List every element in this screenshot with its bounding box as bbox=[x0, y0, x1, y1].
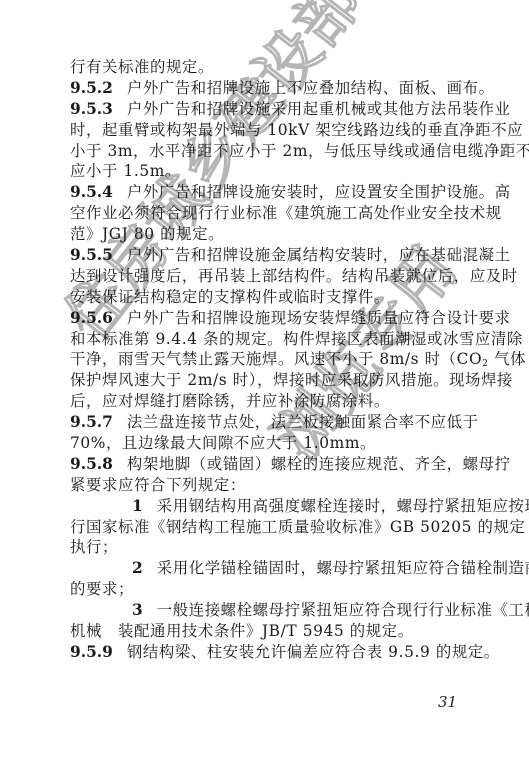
text-line: 时，起重臂或构架最外端与 10kV 架空线路边线的垂直净距不应 bbox=[70, 120, 462, 141]
clause-number: 9.5.9 bbox=[70, 643, 113, 661]
text-line: 达到设计强度后，再吊装上部结构件。结构吊装就位后，应及时 bbox=[70, 266, 462, 287]
clause-number: 9.5.5 bbox=[70, 246, 113, 264]
item-number: 3 bbox=[132, 601, 143, 619]
text-line: 范》JGJ 80 的规定。 bbox=[70, 224, 462, 245]
clause-9-5-3: 9.5.3户外广告和招牌设施采用起重机械或其他方法吊装作业 bbox=[70, 99, 462, 120]
clause-9-5-2: 9.5.2户外广告和招牌设施上不应叠加结构、面板、画布。 bbox=[70, 78, 462, 99]
clause-number: 9.5.6 bbox=[70, 309, 113, 327]
body-text: 行有关标准的规定。 9.5.2户外广告和招牌设施上不应叠加结构、面板、画布。 9… bbox=[70, 57, 462, 663]
clause-9-5-8: 9.5.8构架地脚（或锚固）螺栓的连接应规范、齐全，螺母拧 bbox=[70, 454, 462, 475]
text-line: 的要求； bbox=[70, 579, 462, 600]
list-item-2: 2采用化学锚栓锚固时，螺母拧紧扭矩应符合锚栓制造商 bbox=[70, 558, 462, 579]
clause-number: 9.5.3 bbox=[70, 100, 113, 118]
text-line: 机械 装配通用技术条件》JB/T 5945 的规定。 bbox=[70, 621, 462, 642]
clause-number: 9.5.7 bbox=[70, 413, 113, 431]
text-line: 安装保证结构稳定的支撑构件或临时支撑件。 bbox=[70, 287, 462, 308]
text-line: 应小于 1.5m。 bbox=[70, 161, 462, 182]
clause-number: 9.5.8 bbox=[70, 455, 113, 473]
text-line: 后，应对焊缝打磨除锈，并应补涂防腐涂料。 bbox=[70, 391, 462, 412]
item-number: 2 bbox=[132, 559, 143, 577]
list-item-3: 3一般连接螺栓螺母拧紧扭矩应符合现行行业标准《工程 bbox=[70, 600, 462, 621]
text-line: 执行； bbox=[70, 537, 462, 558]
text-line: 空作业必须符合现行行业标准《建筑施工高处作业安全技术规 bbox=[70, 203, 462, 224]
text-line: 紧要求应符合下列规定： bbox=[70, 475, 462, 496]
document-page: 住房城乡建设部信息公开 浏览专用 行有关标准的规定。 9.5.2户外广告和招牌设… bbox=[0, 0, 529, 767]
text-line: 干净，雨雪天气禁止露天施焊。风速不小于 8m/s 时（CO2 气体 bbox=[70, 349, 462, 370]
list-item-1: 1采用钢结构用高强度螺栓连接时，螺母拧紧扭矩应按现 bbox=[70, 496, 462, 517]
clause-9-5-4: 9.5.4户外广告和招牌设施安装时，应设置安全围护设施。高 bbox=[70, 182, 462, 203]
text-line: 行国家标准《钢结构工程施工质量验收标准》GB 50205 的规定 bbox=[70, 517, 462, 538]
item-number: 1 bbox=[132, 497, 143, 515]
text-line: 小于 3m，水平净距不应小于 2m，与低压导线或通信电缆净距不 bbox=[70, 141, 462, 162]
clause-9-5-7: 9.5.7法兰盘连接节点处，法兰板接触面紧合率不应低于 bbox=[70, 412, 462, 433]
text-line: 和本标准第 9.4.4 条的规定。构件焊接区表面潮湿或冰雪应清除 bbox=[70, 329, 462, 350]
clause-number: 9.5.2 bbox=[70, 79, 113, 97]
text-line: 行有关标准的规定。 bbox=[70, 57, 462, 78]
page-number: 31 bbox=[438, 693, 457, 711]
text-line: 保护焊风速大于 2m/s 时），焊接时应采取防风措施。现场焊接 bbox=[70, 370, 462, 391]
clause-9-5-9: 9.5.9钢结构梁、柱安装允许偏差应符合表 9.5.9 的规定。 bbox=[70, 642, 462, 663]
clause-9-5-5: 9.5.5户外广告和招牌设施金属结构安装时，应在基础混凝土 bbox=[70, 245, 462, 266]
text-line: 70%，且边缘最大间隙不应大于 1.0mm。 bbox=[70, 433, 462, 454]
clause-number: 9.5.4 bbox=[70, 183, 113, 201]
clause-9-5-6: 9.5.6户外广告和招牌设施现场安装焊缝质量应符合设计要求 bbox=[70, 308, 462, 329]
